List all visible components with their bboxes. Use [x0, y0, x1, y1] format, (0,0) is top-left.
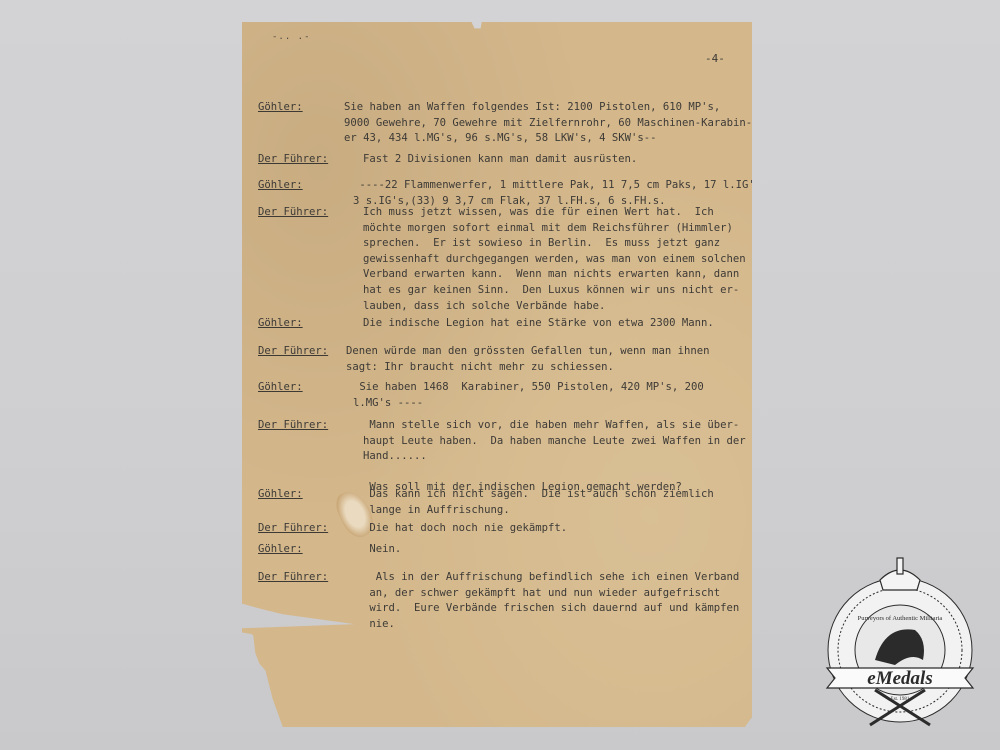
- speech-text: Sie haben 1468 Karabiner, 550 Pistolen, …: [353, 380, 704, 411]
- speaker-label: Göhler:: [258, 316, 303, 332]
- page-number: -4-: [705, 52, 725, 65]
- speech-text: Das kann ich nicht sagen. Die ist auch s…: [363, 487, 714, 518]
- speaker-label: Göhler:: [258, 487, 303, 503]
- speaker-label: Göhler:: [258, 380, 303, 396]
- established-year: Est. 1981: [891, 697, 910, 702]
- ring-text: Purveyors of Authentic Militaria: [858, 615, 943, 622]
- speech-text: Nein.: [363, 542, 401, 558]
- speaker-label: Der Führer:: [258, 205, 328, 221]
- speaker-label: Der Führer:: [258, 521, 328, 537]
- crown-icon: [880, 558, 920, 590]
- emedals-watermark-logo: eMedals Est. 1981 Purveyors of Authentic…: [815, 540, 985, 740]
- speaker-label: Der Führer:: [258, 344, 328, 360]
- speaker-label: Der Führer:: [258, 152, 328, 168]
- typed-document-page: -.. .- -4- Göhler:Sie haben an Waffen fo…: [242, 22, 752, 727]
- speaker-label: Göhler:: [258, 178, 303, 194]
- speech-text: Mann stelle sich vor, die haben mehr Waf…: [363, 418, 746, 496]
- speech-text: Die hat doch noch nie gekämpft.: [363, 521, 567, 537]
- speech-text: Denen würde man den grössten Gefallen tu…: [346, 344, 710, 375]
- speech-text: Als in der Auffrischung befindlich sehe …: [363, 570, 739, 632]
- speech-text: Die indische Legion hat eine Stärke von …: [363, 316, 714, 332]
- speaker-label: Der Führer:: [258, 570, 328, 586]
- speech-text: Sie haben an Waffen folgendes Ist: 2100 …: [344, 100, 752, 147]
- speaker-label: Der Führer:: [258, 418, 328, 434]
- speaker-label: Göhler:: [258, 100, 303, 116]
- speaker-label: Göhler:: [258, 542, 303, 558]
- speech-text: Ich muss jetzt wissen, was die für einen…: [363, 205, 746, 314]
- brand-name: eMedals: [867, 668, 932, 689]
- speech-text: Fast 2 Divisionen kann man damit ausrüst…: [363, 152, 637, 168]
- corner-pencil-mark: -.. .-: [272, 32, 311, 42]
